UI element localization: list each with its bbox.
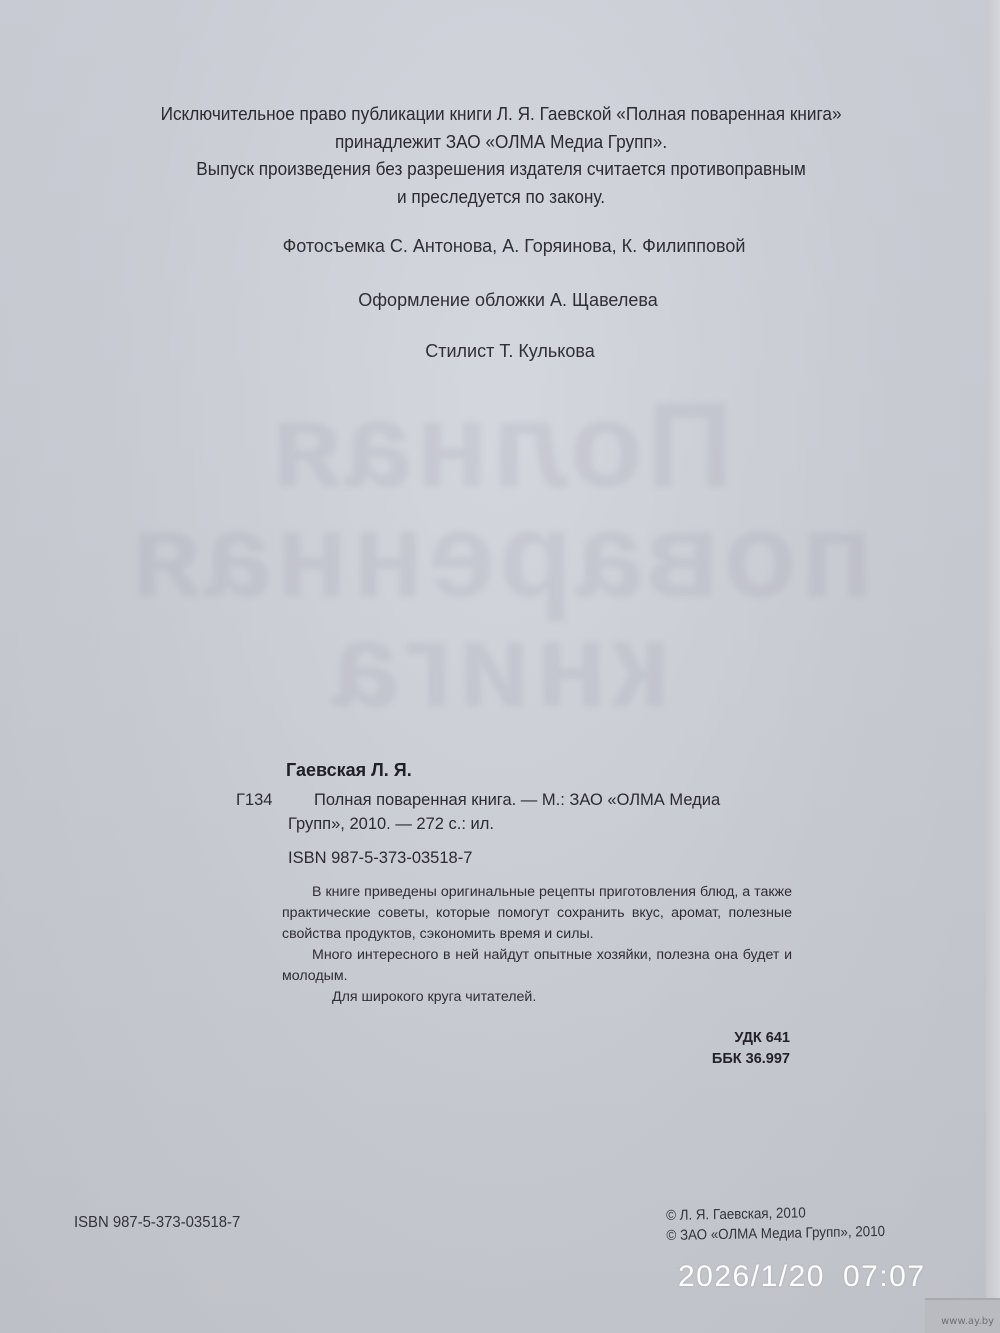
catalog-isbn: ISBN 987-5-373-03518-7	[288, 849, 472, 868]
catalog-title-line-1: Полная поваренная книга. — М.: ЗАО «ОЛМА…	[314, 791, 720, 810]
timestamp-time: 07:07	[843, 1260, 926, 1293]
annotation-audience: Для широкого круга читателей.	[282, 987, 792, 1008]
classification-codes: УДК 641 ББК 36.997	[712, 1028, 790, 1070]
catalog-title-line-2: Групп», 2010. — 272 с.: ил.	[288, 815, 494, 834]
annotation-paragraph: Много интересного в ней найдут опытные х…	[282, 945, 792, 987]
copyright-publisher: © ЗАО «ОЛМА Медиа Групп», 2010	[666, 1222, 885, 1246]
footer-isbn: ISBN 987-5-373-03518-7	[74, 1214, 240, 1232]
rights-line: Исключительное право публикации книги Л.…	[36, 100, 966, 128]
annotation-paragraph: В книге приведены оригинальные рецепты п…	[282, 882, 792, 945]
book-annotation: В книге приведены оригинальные рецепты п…	[282, 882, 792, 1008]
bbk-code: ББК 36.997	[712, 1049, 790, 1070]
udk-code: УДК 641	[712, 1028, 790, 1049]
rights-line: Выпуск произведения без разрешения издат…	[36, 155, 966, 183]
stylist-credit: Стилист Т. Кулькова	[10, 341, 1000, 362]
cover-design-credit: Оформление обложки А. Щавелева	[8, 290, 1000, 311]
rights-notice: Исключительное право публикации книги Л.…	[36, 100, 966, 210]
site-watermark: www.ay.by	[941, 1316, 994, 1327]
rights-line: и преследуется по закону.	[36, 183, 966, 211]
catalog-author: Гаевская Л. Я.	[286, 760, 412, 781]
timestamp-date: 2026/1/20	[678, 1260, 825, 1293]
catalog-code: Г134	[236, 791, 272, 810]
next-page-edge	[986, 0, 1000, 1333]
photo-timestamp: 2026/1/2007:07	[678, 1260, 926, 1294]
photography-credit: Фотосъемка С. Антонова, А. Горяинова, К.…	[14, 236, 1000, 257]
copyright-block: © Л. Я. Гаевская, 2010 © ЗАО «ОЛМА Медиа…	[666, 1202, 885, 1246]
rights-line: принадлежит ЗАО «ОЛМА Медиа Групп».	[36, 128, 966, 156]
